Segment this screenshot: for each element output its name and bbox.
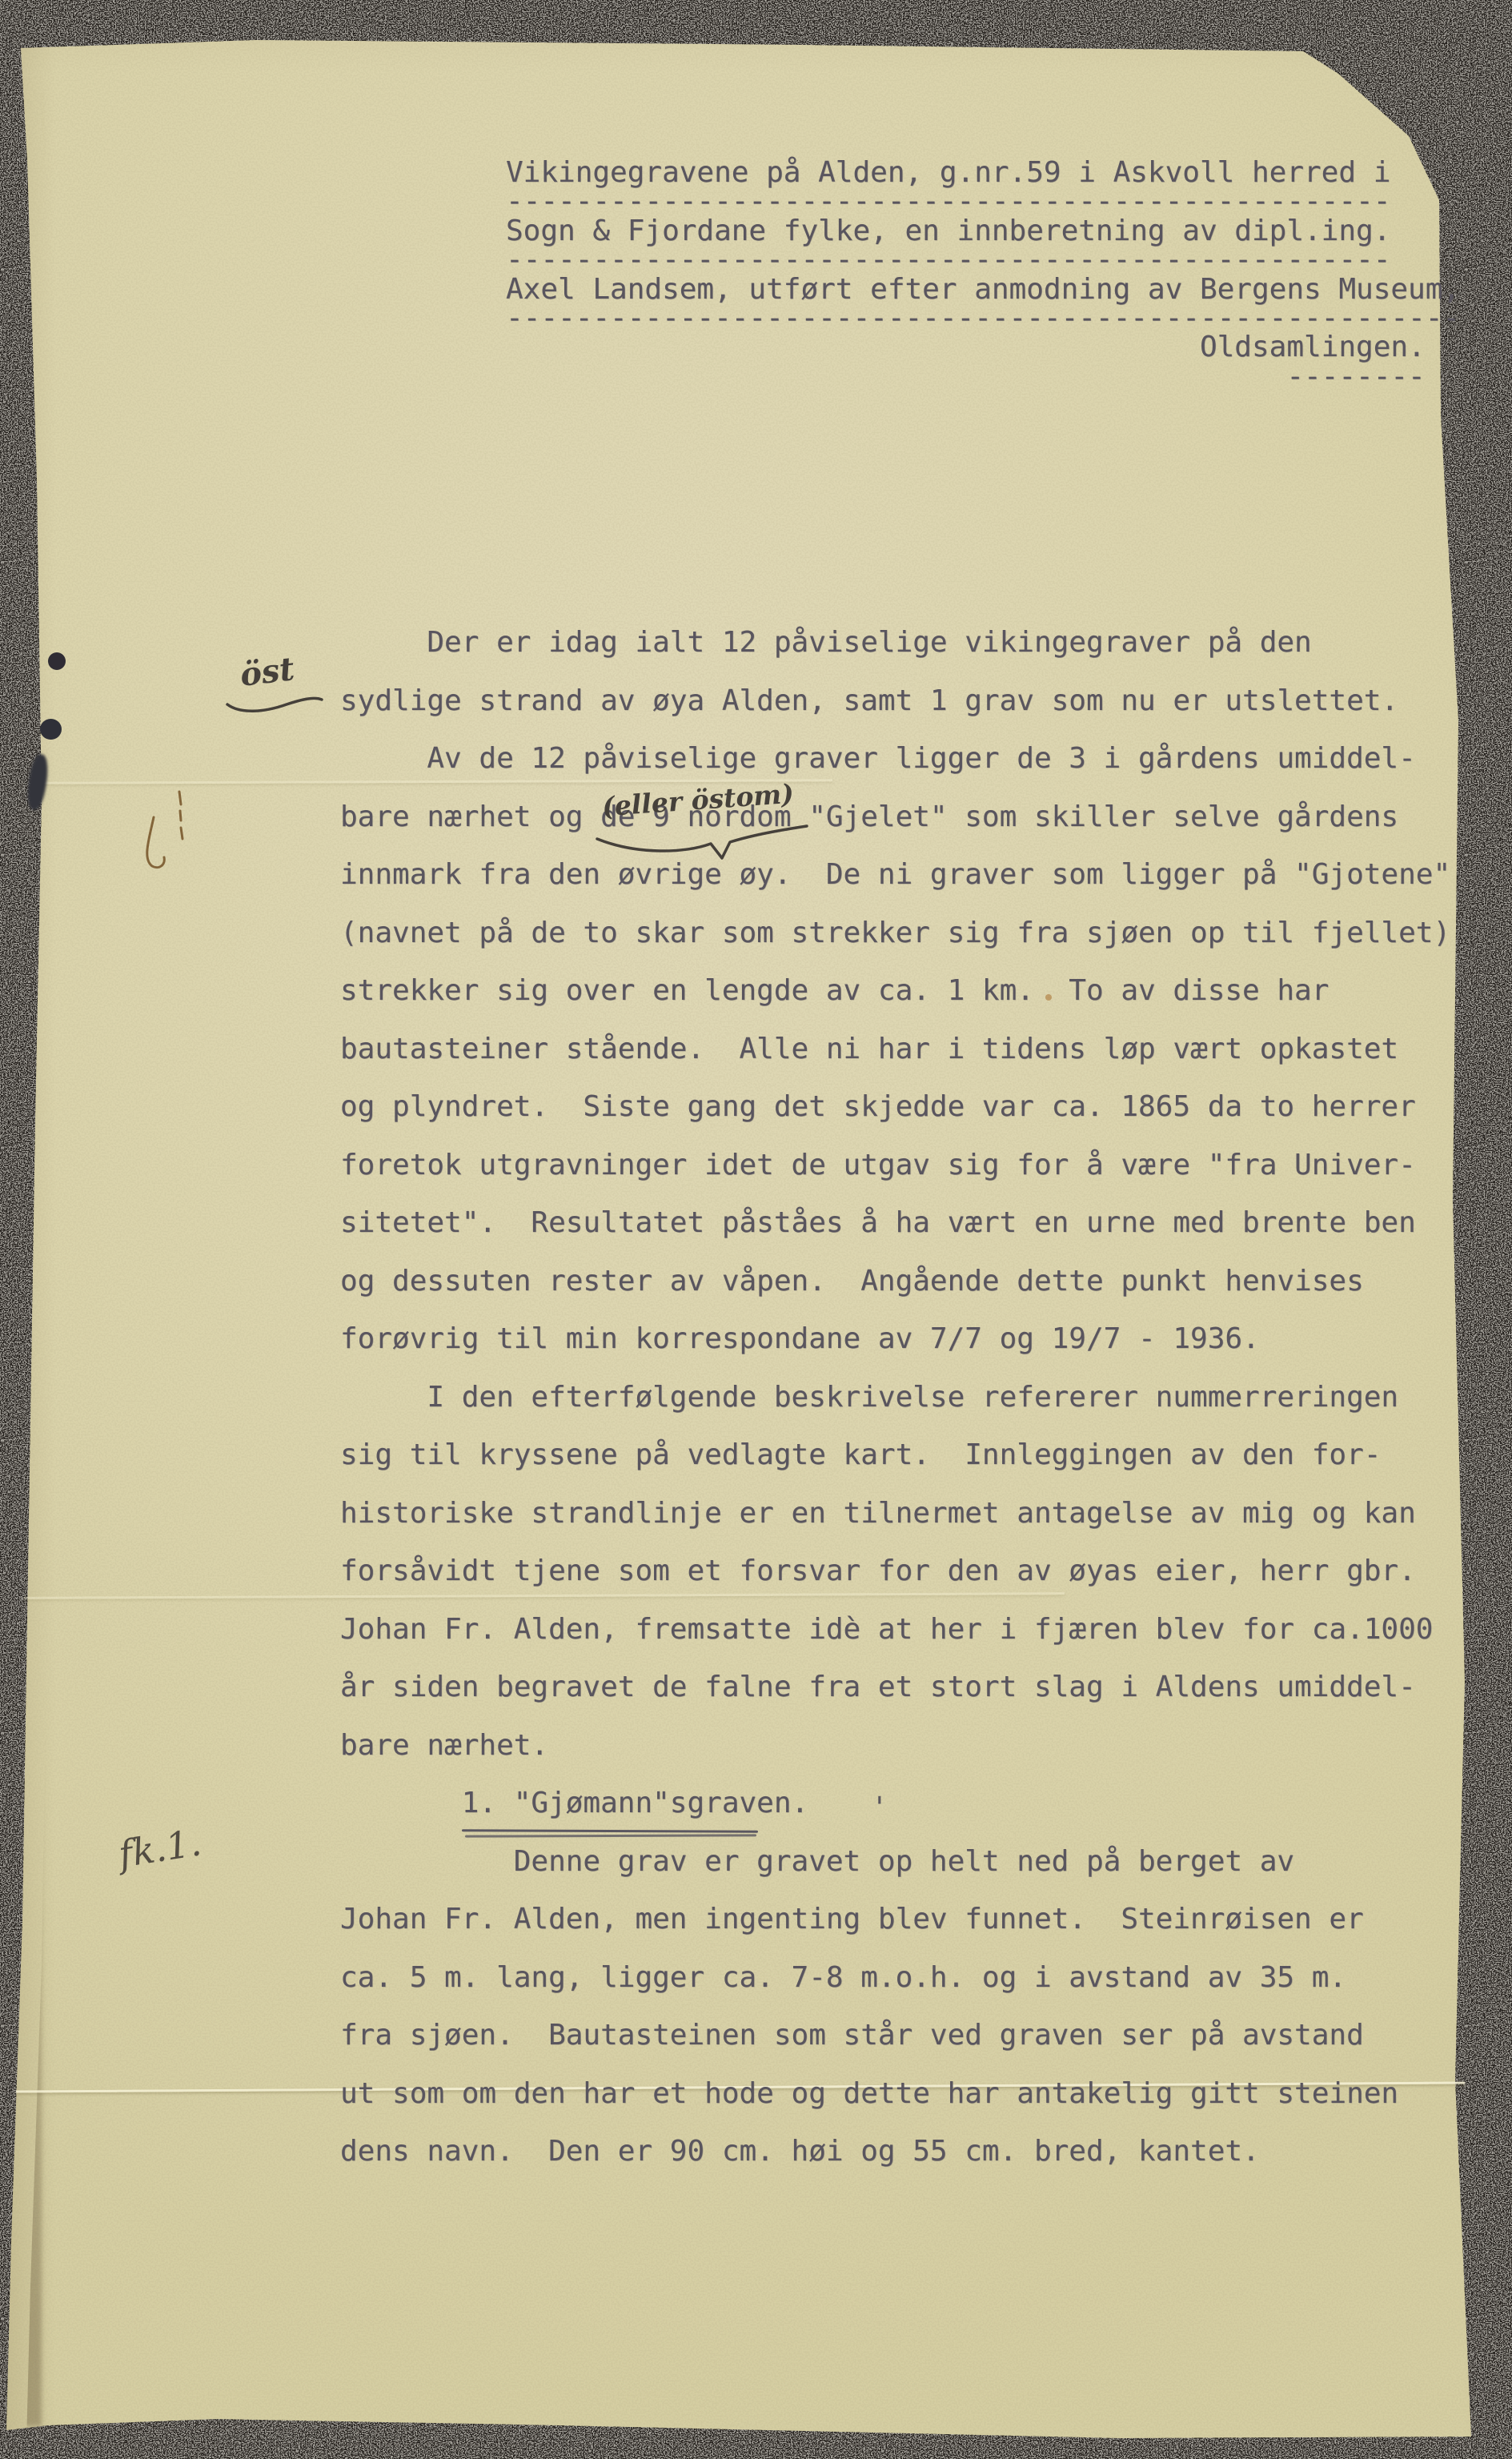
ost-underline-swoosh [223,690,327,717]
stray-mark: ' [871,1791,888,1824]
ink-dot [48,652,66,670]
eller-ostom-swoosh [592,821,816,863]
ink-dot [40,719,62,740]
handwritten-ost: öst [238,650,296,694]
scanned-page: Vikingegravene på Alden, g.nr.59 i Askvo… [0,0,1512,2459]
body-text: Der er idag ialt 12 påviselige vikingegr… [340,614,1450,2181]
pen-scratch [128,788,200,885]
heading-block: Vikingegravene på Alden, g.nr.59 i Askvo… [506,158,1460,391]
